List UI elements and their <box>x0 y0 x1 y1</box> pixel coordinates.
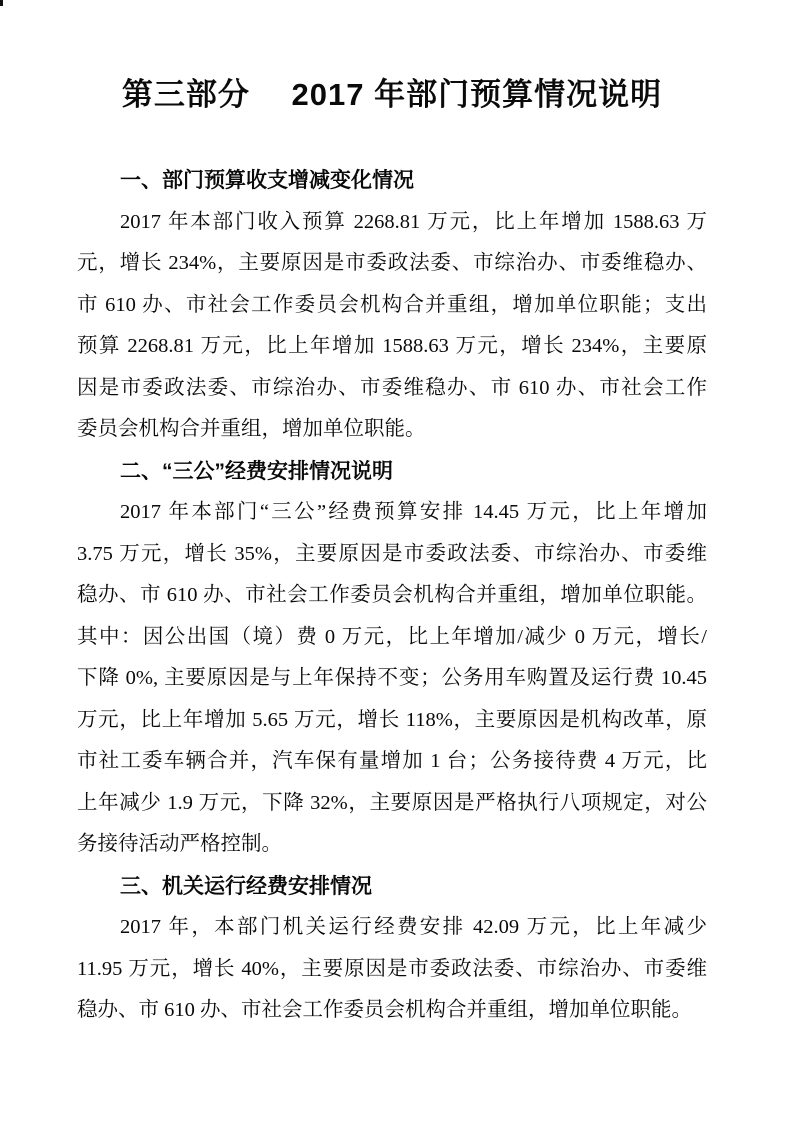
section-heading: 三、机关运行经费安排情况 <box>77 866 707 908</box>
paragraph-line: 市 610 办、市社会工作委员会机构合并重组，增加单位职能；支出 <box>77 285 707 327</box>
document-body: 一、部门预算收支增减变化情况2017 年本部门收入预算 2268.81 万元，比… <box>77 160 707 1032</box>
page-title: 第三部分 2017 年部门预算情况说明 <box>77 74 707 116</box>
paragraph-line: 因是市委政法委、市综治办、市委维稳办、市 610 办、市社会工作 <box>77 368 707 410</box>
paragraph-line: 万元，比上年增加 5.65 万元，增长 118%，主要原因是机构改革，原 <box>77 700 707 742</box>
paragraph-line: 2017 年，本部门机关运行经费安排 42.09 万元，比上年减少 <box>77 907 707 949</box>
paragraph-line: 元，增长 234%，主要原因是市委政法委、市综治办、市委维稳办、 <box>77 243 707 285</box>
paragraph-line: 11.95 万元，增长 40%，主要原因是市委政法委、市综治办、市委维 <box>77 949 707 991</box>
paragraph-line: 稳办、市 610 办、市社会工作委员会机构合并重组，增加单位职能。 <box>77 575 707 617</box>
paragraph-line: 市社工委车辆合并，汽车保有量增加 1 台；公务接待费 4 万元，比 <box>77 741 707 783</box>
paragraph-line: 3.75 万元，增长 35%，主要原因是市委政法委、市综治办、市委维 <box>77 534 707 576</box>
paragraph-line: 下降 0%, 主要原因是与上年保持不变；公务用车购置及运行费 10.45 <box>77 658 707 700</box>
paragraph-line: 务接待活动严格控制。 <box>77 824 707 866</box>
paragraph-line: 2017 年本部门“三公”经费预算安排 14.45 万元，比上年增加 <box>77 492 707 534</box>
paragraph-line: 预算 2268.81 万元，比上年增加 1588.63 万元，增长 234%，主… <box>77 326 707 368</box>
paragraph-line: 2017 年本部门收入预算 2268.81 万元，比上年增加 1588.63 万 <box>77 202 707 244</box>
section-heading: 二、“三公”经费安排情况说明 <box>77 451 707 493</box>
paragraph-line: 委员会机构合并重组，增加单位职能。 <box>77 409 707 451</box>
paragraph-line: 其中：因公出国（境）费 0 万元，比上年增加/减少 0 万元，增长/ <box>77 617 707 659</box>
paragraph-line: 上年减少 1.9 万元，下降 32%，主要原因是严格执行八项规定，对公 <box>77 783 707 825</box>
document-page: 第三部分 2017 年部门预算情况说明 一、部门预算收支增减变化情况2017 年… <box>0 0 793 1122</box>
paragraph-line: 稳办、市 610 办、市社会工作委员会机构合并重组，增加单位职能。 <box>77 990 707 1032</box>
scan-artifact <box>0 0 3 6</box>
section-heading: 一、部门预算收支增减变化情况 <box>77 160 707 202</box>
